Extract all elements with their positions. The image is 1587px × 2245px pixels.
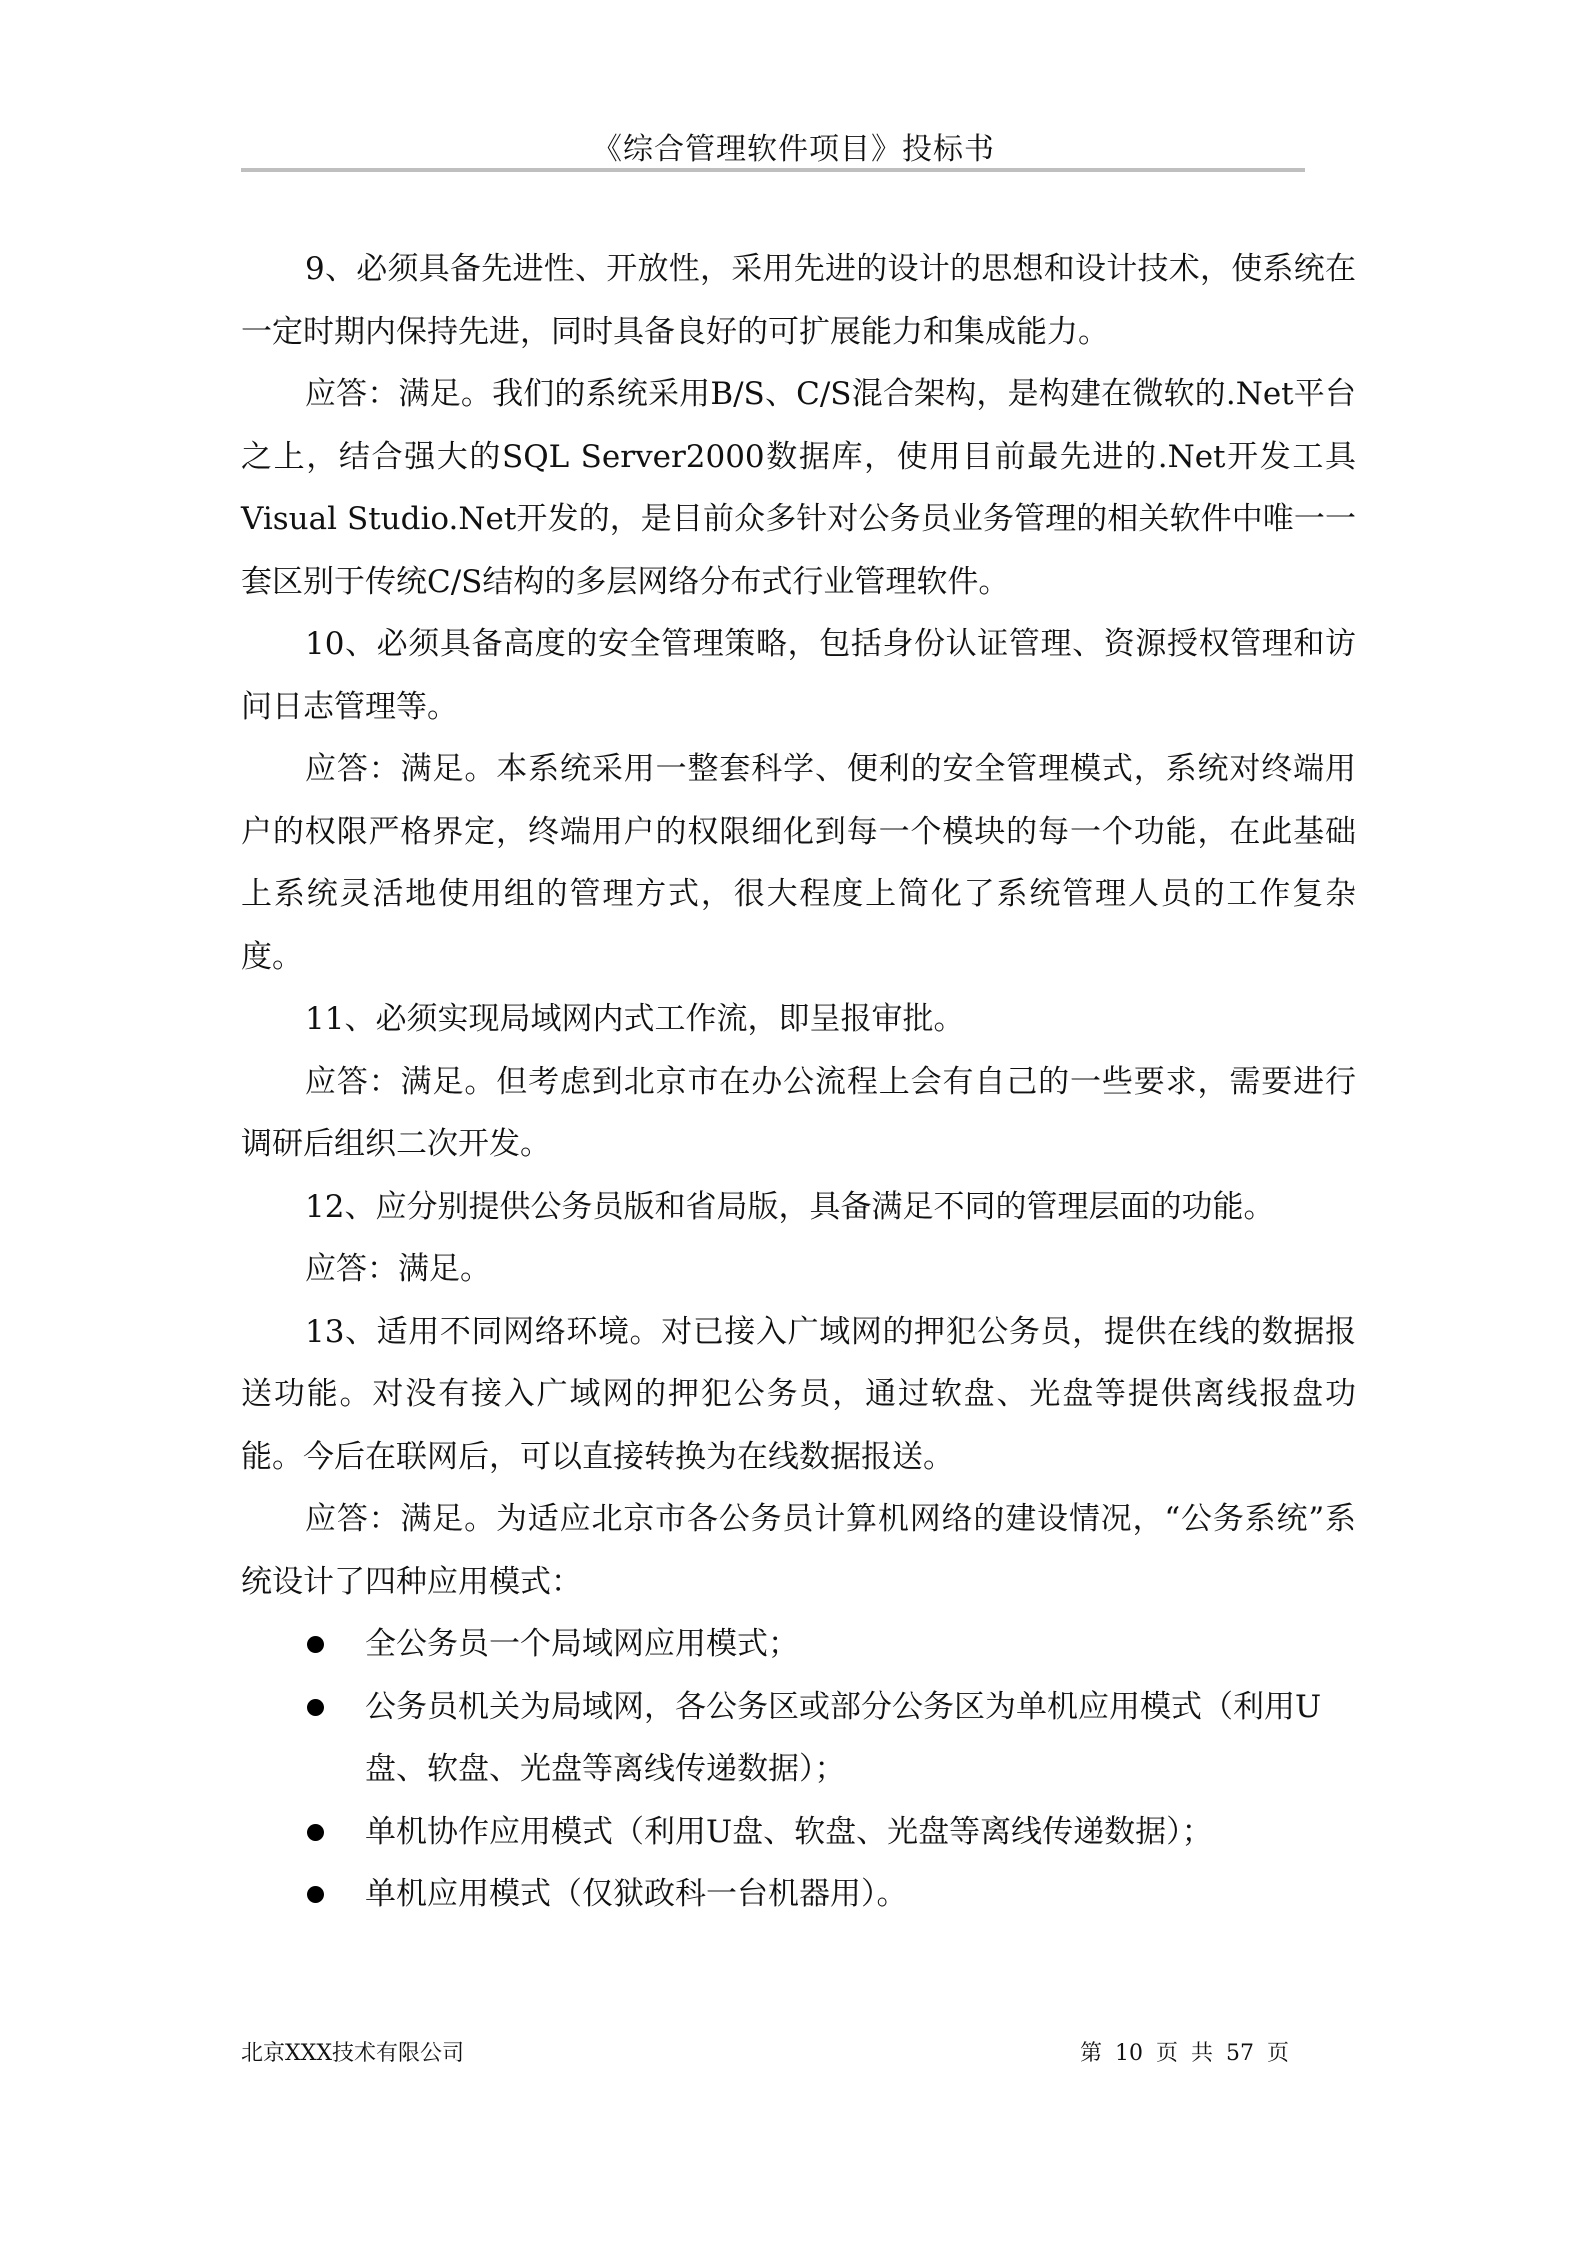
document-header-title: 《综合管理软件项目》投标书 bbox=[0, 124, 1587, 168]
requirement-13: 13、适用不同网络环境。对已接入广域网的押犯公务员，提供在线的数据报送功能。对没… bbox=[241, 1301, 1356, 1489]
response-11: 应答：满足。但考虑到北京市在办公流程上会有自己的一些要求，需要进行调研后组织二次… bbox=[241, 1051, 1356, 1176]
list-item: 单机协作应用模式（利用U盘、软盘、光盘等离线传递数据）； bbox=[241, 1801, 1356, 1864]
list-item-text: 公务员机关为局域网，各公务区或部分公务区为单机应用模式（利用U盘、软盘、光盘等离… bbox=[365, 1689, 1321, 1788]
bullet-icon bbox=[307, 1636, 324, 1653]
bullet-icon bbox=[307, 1699, 324, 1716]
response-13: 应答：满足。为适应北京市各公务员计算机网络的建设情况，“公务系统”系统设计了四种… bbox=[241, 1488, 1356, 1613]
list-item-text: 全公务员一个局域网应用模式； bbox=[365, 1626, 799, 1662]
response-12: 应答：满足。 bbox=[241, 1238, 1356, 1301]
list-item-text: 单机协作应用模式（利用U盘、软盘、光盘等离线传递数据）； bbox=[365, 1814, 1213, 1850]
requirement-10: 10、必须具备高度的安全管理策略，包括身份认证管理、资源授权管理和访问日志管理等… bbox=[241, 613, 1356, 738]
requirement-12: 12、应分别提供公务员版和省局版，具备满足不同的管理层面的功能。 bbox=[241, 1176, 1356, 1239]
list-item: 单机应用模式（仅狱政科一台机器用）。 bbox=[241, 1863, 1356, 1926]
page-number: 第 10 页 共 57 页 bbox=[1080, 2036, 1289, 2067]
list-item-text: 单机应用模式（仅狱政科一台机器用）。 bbox=[365, 1876, 908, 1912]
bullet-icon bbox=[307, 1886, 324, 1903]
requirement-11: 11、必须实现局域网内式工作流，即呈报审批。 bbox=[241, 988, 1356, 1051]
response-9: 应答：满足。我们的系统采用B/S、C/S混合架构，是构建在微软的.Net平台之上… bbox=[241, 363, 1356, 613]
requirement-9: 9、必须具备先进性、开放性，采用先进的设计的思想和设计技术，使系统在一定时期内保… bbox=[241, 238, 1356, 363]
header-divider bbox=[241, 168, 1305, 172]
bullet-icon bbox=[307, 1824, 324, 1841]
list-item: 全公务员一个局域网应用模式； bbox=[241, 1613, 1356, 1676]
response-10: 应答：满足。本系统采用一整套科学、便利的安全管理模式，系统对终端用户的权限严格界… bbox=[241, 738, 1356, 988]
application-modes-list: 全公务员一个局域网应用模式； 公务员机关为局域网，各公务区或部分公务区为单机应用… bbox=[241, 1613, 1356, 1926]
list-item: 公务员机关为局域网，各公务区或部分公务区为单机应用模式（利用U盘、软盘、光盘等离… bbox=[241, 1676, 1356, 1801]
footer-company: 北京XXX技术有限公司 bbox=[241, 2036, 464, 2067]
document-body: 9、必须具备先进性、开放性，采用先进的设计的思想和设计技术，使系统在一定时期内保… bbox=[241, 238, 1356, 1926]
